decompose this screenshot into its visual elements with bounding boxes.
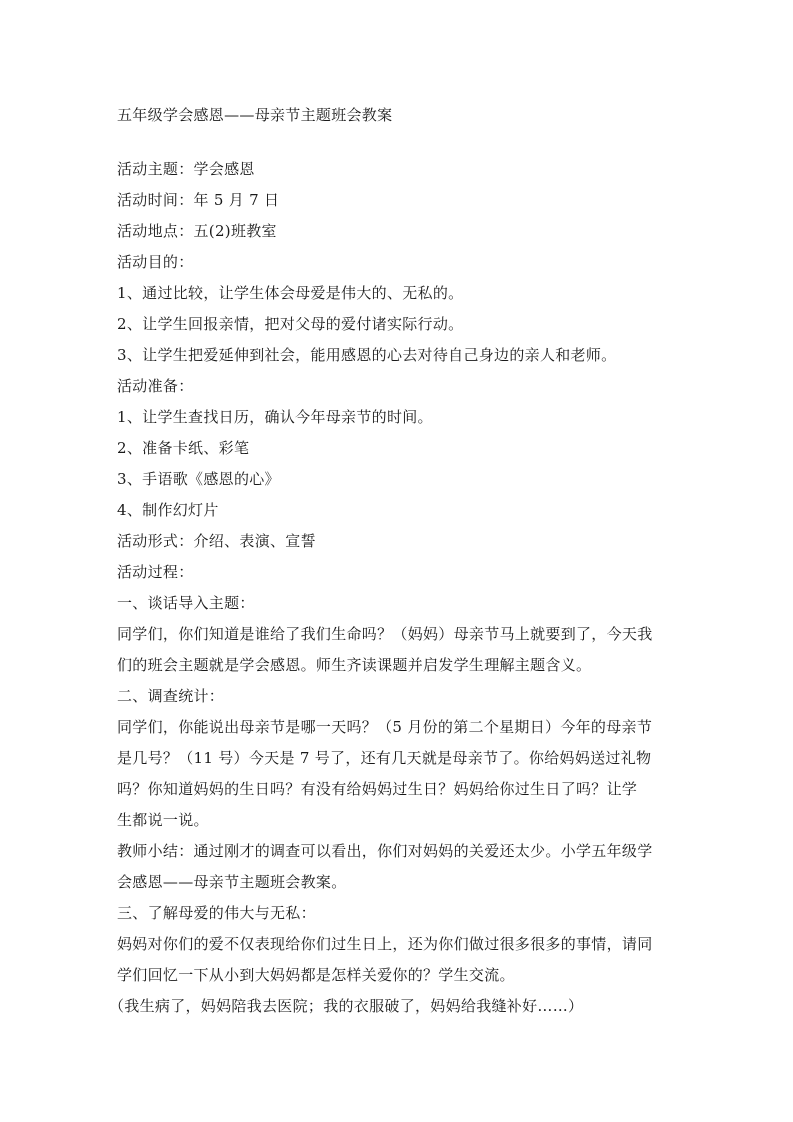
teacher-summary-line: 教师小结：通过刚才的调查可以看出，你们对妈妈的关爱还太少。小学五年级学 bbox=[117, 836, 687, 867]
activity-format: 活动形式：介绍、表演、宣誓 bbox=[117, 526, 687, 557]
preparation-item: 4、制作幻灯片 bbox=[117, 495, 687, 526]
body-text-line: 妈妈对你们的爱不仅表现给你们过生日上，还为你们做过很多很多的事情，请同 bbox=[117, 929, 687, 960]
preparation-item: 1、让学生查找日历，确认今年母亲节的时间。 bbox=[117, 402, 687, 433]
body-text-line: 学们回忆一下从小到大妈妈都是怎样关爱你的？学生交流。 bbox=[117, 960, 687, 991]
body-text-line: 生都说一说。 bbox=[117, 805, 687, 836]
section-heading-goals: 活动目的： bbox=[117, 247, 687, 278]
activity-time: 活动时间：年 5 月 7 日 bbox=[117, 185, 687, 216]
body-text-line: 吗？你知道妈妈的生日吗？有没有给妈妈过生日？妈妈给你过生日了吗？让学 bbox=[117, 774, 687, 805]
goal-item: 3、让学生把爱延伸到社会，能用感恩的心去对待自己身边的亲人和老师。 bbox=[117, 340, 687, 371]
body-text-line: 同学们，你们知道是谁给了我们生命吗？（妈妈）母亲节马上就要到了，今天我 bbox=[117, 619, 687, 650]
activity-location: 活动地点：五(2)班教室 bbox=[117, 216, 687, 247]
preparation-item: 2、准备卡纸、彩笔 bbox=[117, 433, 687, 464]
step-heading-1: 一、谈话导入主题： bbox=[117, 588, 687, 619]
teacher-summary-line: 会感恩——母亲节主题班会教案。 bbox=[117, 867, 687, 898]
body-text-line: 们的班会主题就是学会感恩。师生齐读课题并启发学生理解主题含义。 bbox=[117, 650, 687, 681]
section-heading-process: 活动过程： bbox=[117, 557, 687, 588]
document-page: 五年级学会感恩——母亲节主题班会教案 活动主题：学会感恩 活动时间：年 5 月 … bbox=[117, 100, 687, 1022]
goal-item: 2、让学生回报亲情，把对父母的爱付诸实际行动。 bbox=[117, 309, 687, 340]
activity-theme: 活动主题：学会感恩 bbox=[117, 154, 687, 185]
document-title: 五年级学会感恩——母亲节主题班会教案 bbox=[117, 100, 687, 131]
step-heading-2: 二、调查统计： bbox=[117, 681, 687, 712]
goal-item: 1、通过比较，让学生体会母爱是伟大的、无私的。 bbox=[117, 278, 687, 309]
body-text-line: 同学们，你能说出母亲节是哪一天吗？（5 月份的第二个星期日）今年的母亲节 bbox=[117, 712, 687, 743]
preparation-item: 3、手语歌《感恩的心》 bbox=[117, 464, 687, 495]
section-heading-preparation: 活动准备： bbox=[117, 371, 687, 402]
body-text-line: 是几号？（11 号）今天是 7 号了，还有几天就是母亲节了。你给妈妈送过礼物 bbox=[117, 743, 687, 774]
step-heading-3: 三、了解母爱的伟大与无私： bbox=[117, 898, 687, 929]
body-text-line: （我生病了，妈妈陪我去医院；我的衣服破了，妈妈给我缝补好……） bbox=[109, 991, 687, 1022]
